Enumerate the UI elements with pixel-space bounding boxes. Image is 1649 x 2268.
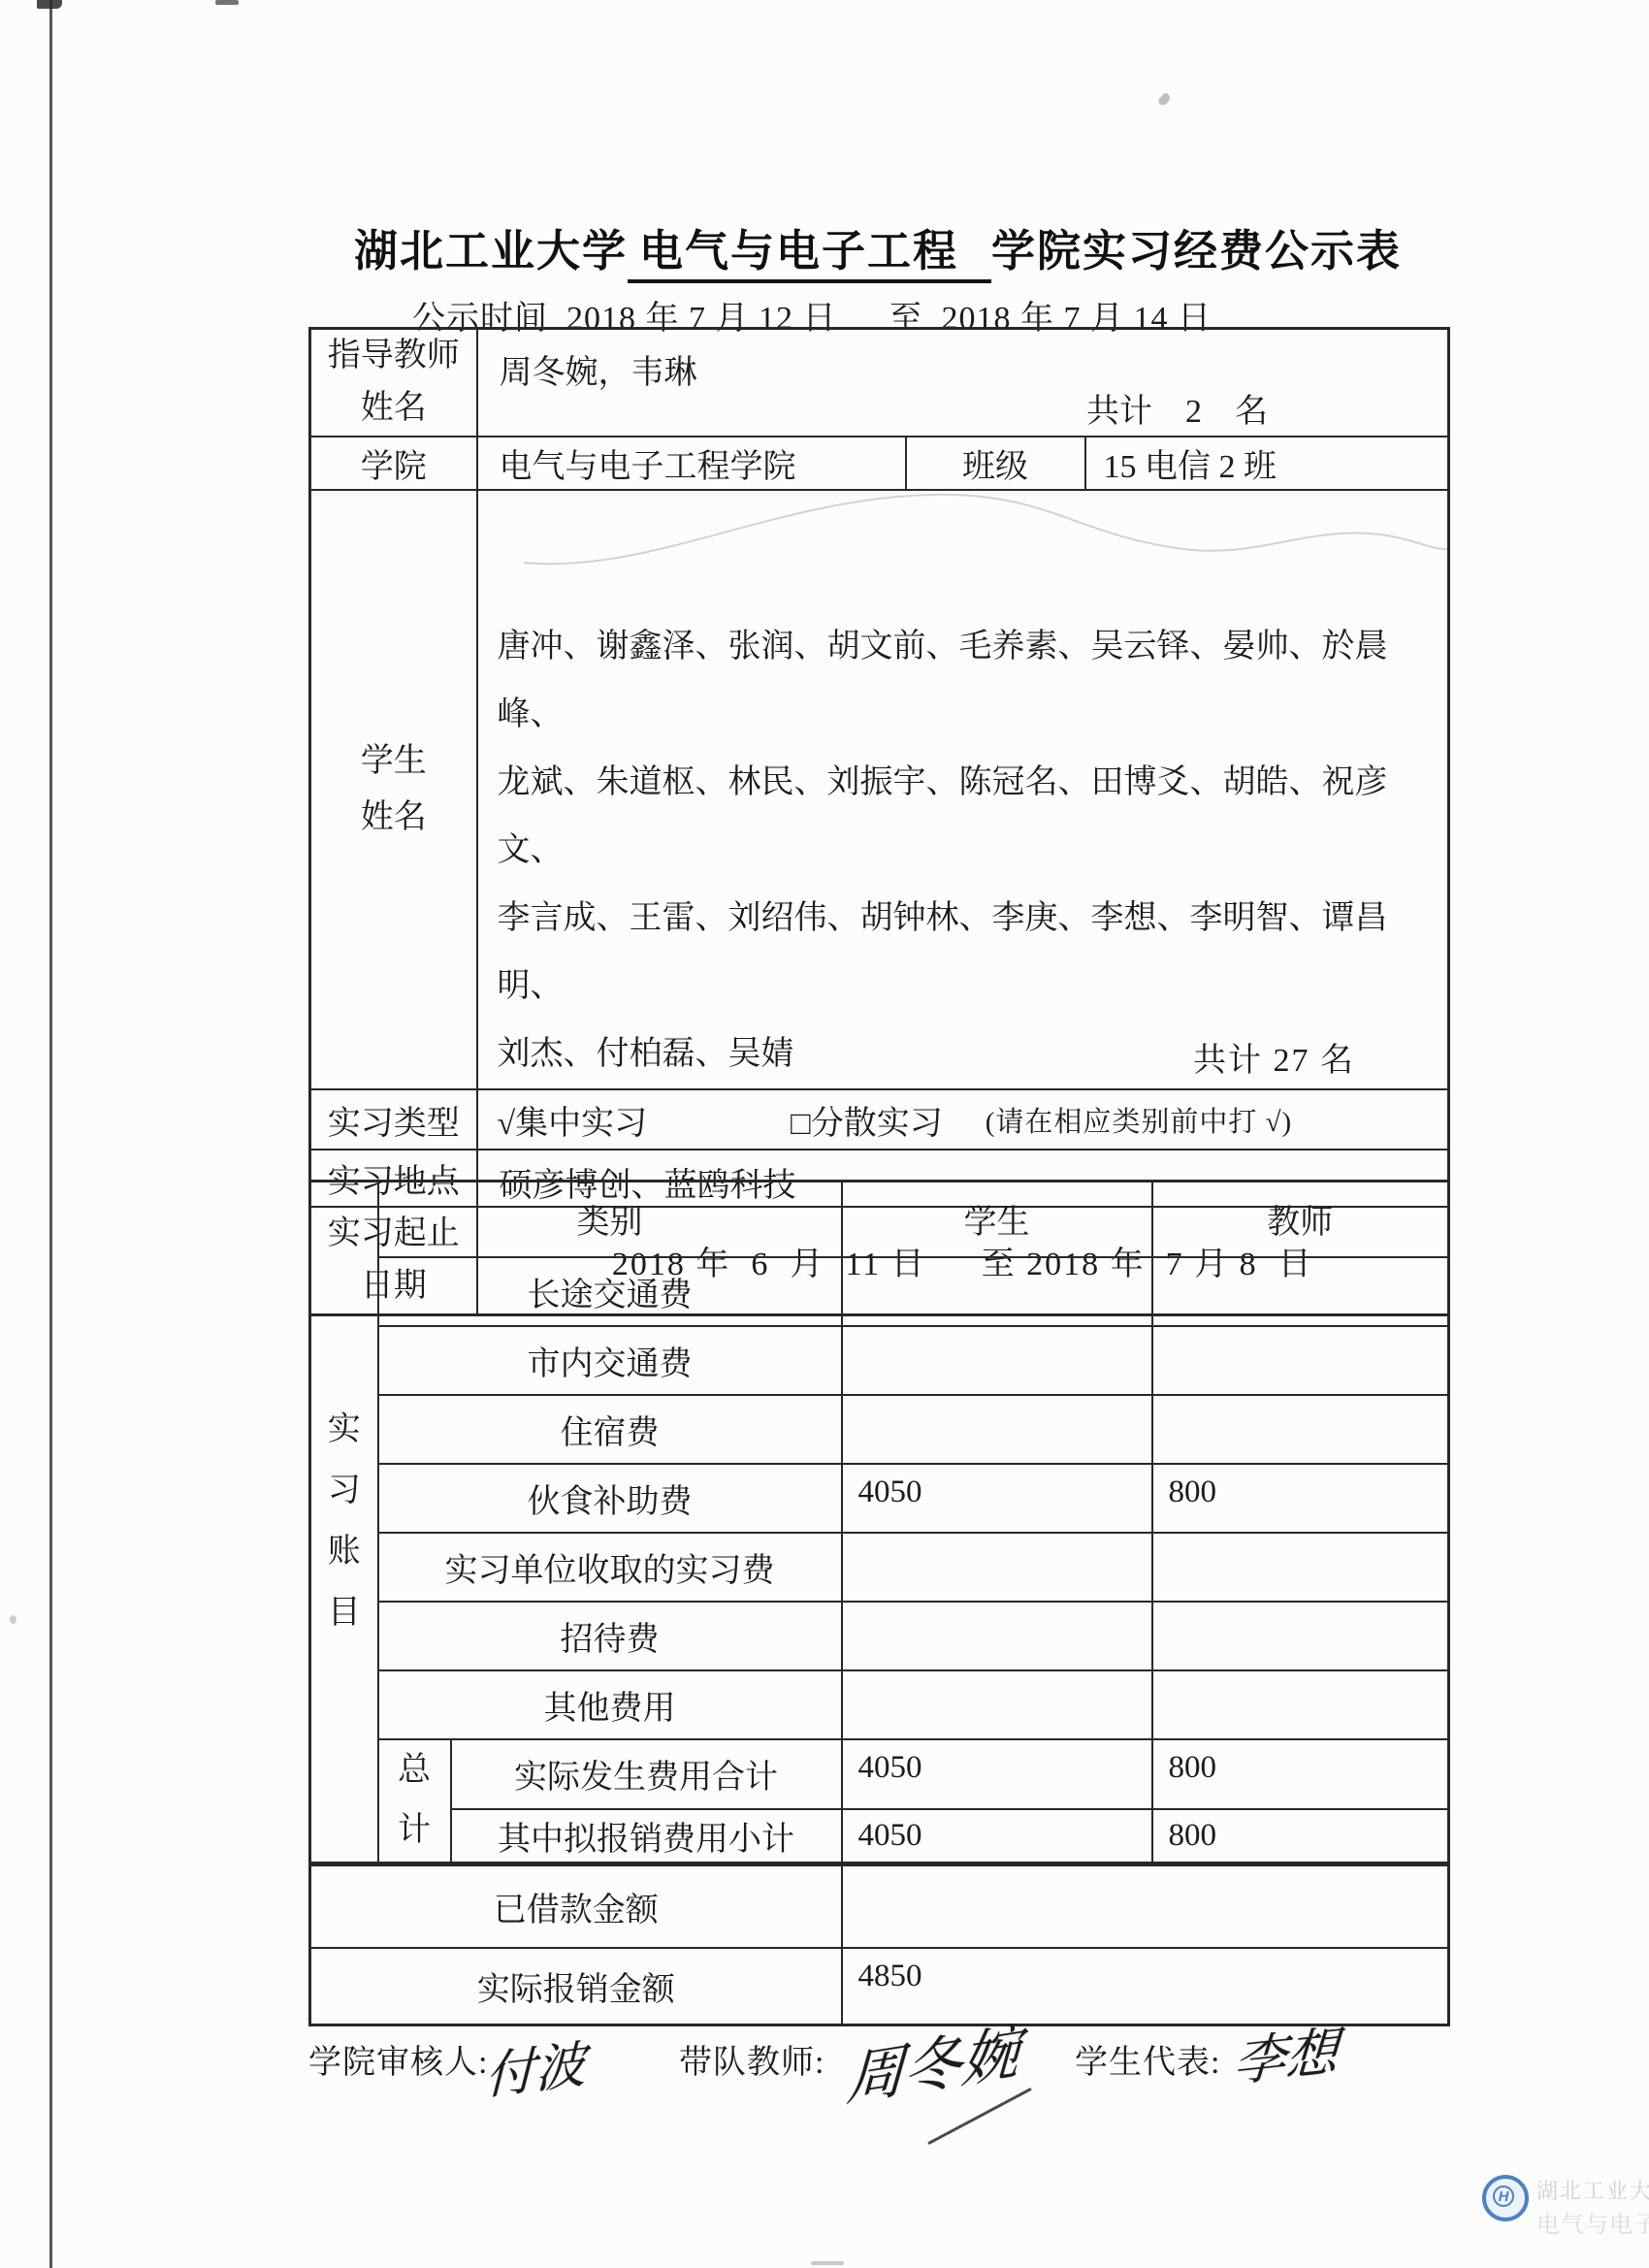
students-count: 共计 27 名: [1193, 1033, 1355, 1081]
expense-label: 招待费: [378, 1602, 842, 1670]
instructor-count: 共计 2 名: [1086, 384, 1268, 432]
expense-teacher-value: [1152, 1670, 1449, 1739]
type-options: √集中实习 □分散实习 (请在相应类别前中打 √): [478, 1096, 1448, 1144]
summary-table: 已借款金额 实际报销金额 4850: [308, 1863, 1450, 2026]
total-row-label: 实际发生费用合计: [451, 1739, 842, 1809]
lead-teacher-label: 带队教师:: [679, 2035, 824, 2083]
students-names: 唐冲、谢鑫泽、张润、胡文前、毛养素、吴云铎、晏帅、於晨峰、 龙斌、朱道枢、林民、…: [478, 491, 1448, 1088]
expense-label: 伙食补助费: [378, 1464, 842, 1533]
account-section-cell: 实习账目: [310, 1182, 378, 1863]
expense-teacher-value: [1152, 1326, 1449, 1395]
students-label: 学生姓名: [356, 733, 432, 846]
info-table: 指导教师姓名 周冬婉，韦琳 共计 2 名 学院 电气与电子工程学院 班级 15 …: [308, 327, 1450, 1316]
school-value: 电气与电子工程学院: [477, 437, 906, 490]
expense-row: 市内交通费: [310, 1326, 1449, 1395]
expense-teacher-value: [1152, 1533, 1449, 1602]
expense-row: 招待费: [310, 1602, 1449, 1670]
watermark-university: 湖北工业大学: [1536, 2175, 1649, 2205]
reimbursed-row: 实际报销金额 4850: [310, 1948, 1449, 2025]
expense-teacher-value: [1152, 1257, 1449, 1326]
instructor-label: 指导教师姓名: [318, 330, 469, 436]
total-row: 其中拟报销费用小计 4050 800: [310, 1809, 1449, 1863]
total-student-value: 4050: [842, 1739, 1152, 1809]
expense-label: 住宿费: [378, 1395, 842, 1464]
instructor-value: 周冬婉，韦琳: [478, 345, 1449, 393]
account-table: 实习账目 类别 学生 教师 长途交通费 市内交通费 住宿费 伙食补助费 4050…: [308, 1180, 1450, 1864]
instructor-row: 指导教师姓名 周冬婉，韦琳 共计 2 名: [310, 329, 1449, 437]
reimbursed-value: 4850: [842, 1948, 1449, 2025]
students-row: 学生姓名 唐冲、谢鑫泽、张润、胡文前、毛养素、吴云铎、晏帅、於晨峰、 龙斌、朱道…: [310, 490, 1449, 1089]
expense-student-value: [842, 1670, 1152, 1739]
university-logo-icon: H: [1482, 2175, 1529, 2221]
expense-student-value: 4050: [842, 1464, 1152, 1533]
total-student-value: 4050: [842, 1809, 1152, 1863]
internship-type-row: 实习类型 √集中实习 □分散实习 (请在相应类别前中打 √): [310, 1089, 1449, 1150]
expense-label: 实习单位收取的实习费: [378, 1533, 842, 1602]
logo-letter: H: [1493, 2186, 1514, 2207]
expense-row: 住宿费: [310, 1395, 1449, 1464]
total-label-cell: 总计: [378, 1739, 451, 1863]
checkbox-icon: □: [791, 1106, 811, 1142]
title-department-underlined: 电气与电子工程: [628, 226, 991, 283]
student-rep-signature: 李想: [1232, 2010, 1342, 2096]
expense-student-value: [842, 1602, 1152, 1670]
students-label-cell: 学生姓名: [310, 490, 477, 1089]
school-label: 学院: [310, 437, 477, 490]
borrowed-row: 已借款金额: [310, 1865, 1449, 1948]
scan-artifact: [811, 2261, 844, 2265]
expense-row: 其他费用: [310, 1670, 1449, 1739]
students-line: 李言成、王雷、刘绍伟、胡钟林、李庚、李想、李明智、谭昌明、: [498, 885, 1419, 1021]
total-row: 总计 实际发生费用合计 4050 800: [310, 1739, 1449, 1809]
instructor-label-cell: 指导教师姓名: [310, 329, 477, 437]
title-suffix: 学院实习经费公示表: [991, 226, 1402, 275]
total-teacher-value: 800: [1152, 1739, 1449, 1809]
total-teacher-value: 800: [1152, 1809, 1449, 1863]
expense-label: 市内交通费: [378, 1326, 842, 1395]
instructor-value-cell: 周冬婉，韦琳 共计 2 名: [477, 329, 1449, 437]
type-label: 实习类型: [310, 1089, 477, 1150]
title-prefix: 湖北工业大学: [354, 226, 628, 275]
reviewer-signature: 付波: [485, 2023, 587, 2108]
student-rep-label: 学生代表:: [1075, 2035, 1220, 2083]
account-section-label: 实习账目: [325, 1400, 363, 1644]
expense-teacher-value: 800: [1152, 1464, 1449, 1533]
type-note: (请在相应类别前中打 √): [986, 1100, 1292, 1140]
expense-label: 长途交通费: [378, 1257, 842, 1326]
scan-artifact: [10, 1615, 16, 1624]
header-student: 学生: [842, 1182, 1152, 1257]
check-icon: √: [498, 1106, 516, 1142]
expense-student-value: [842, 1326, 1152, 1395]
class-value: 15 电信 2 班: [1085, 437, 1449, 490]
total-label: 总计: [395, 1740, 433, 1863]
borrowed-value: [842, 1865, 1449, 1948]
header-teacher: 教师: [1152, 1182, 1449, 1257]
expense-student-value: [842, 1257, 1152, 1326]
expense-row: 实习单位收取的实习费: [310, 1533, 1449, 1602]
scan-corner-mark: [37, 0, 62, 9]
document-page: 湖北工业大学电气与电子工程学院实习经费公示表 公示时间 2018 年 7 月 1…: [0, 0, 1649, 2268]
class-label: 班级: [906, 437, 1085, 490]
reviewer-label: 学院审核人:: [308, 2035, 488, 2083]
students-value-cell: 唐冲、谢鑫泽、张润、胡文前、毛养素、吴云铎、晏帅、於晨峰、 龙斌、朱道枢、林民、…: [477, 490, 1449, 1089]
borrowed-label: 已借款金额: [310, 1865, 842, 1948]
scan-artifact: [1157, 92, 1172, 108]
expense-teacher-value: [1152, 1602, 1449, 1670]
expense-student-value: [842, 1395, 1152, 1464]
type-option-dispersed: □分散实习: [791, 1096, 943, 1144]
expense-row: 伙食补助费 4050 800: [310, 1464, 1449, 1533]
account-header-row: 实习账目 类别 学生 教师: [310, 1182, 1449, 1257]
header-category: 类别: [378, 1182, 842, 1257]
expense-label: 其他费用: [378, 1670, 842, 1739]
expense-row: 长途交通费: [310, 1257, 1449, 1326]
expense-teacher-value: [1152, 1395, 1449, 1464]
type-option-concentrated: √集中实习: [498, 1096, 648, 1144]
university-watermark: H 湖北工业大学 电气与电子工程学院: [1482, 2175, 1649, 2239]
type-option2-label: 分散实习: [811, 1106, 943, 1142]
watermark-school: 电气与电子工程学院: [1536, 2205, 1649, 2239]
type-value-cell: √集中实习 □分散实习 (请在相应类别前中打 √): [477, 1089, 1449, 1150]
school-row: 学院 电气与电子工程学院 班级 15 电信 2 班: [310, 437, 1449, 490]
reimbursed-label: 实际报销金额: [310, 1948, 842, 2025]
total-row-label: 其中拟报销费用小计: [451, 1809, 842, 1863]
scan-edge-line: [49, 0, 52, 2268]
form-title: 湖北工业大学电气与电子工程学院实习经费公示表: [308, 215, 1447, 278]
students-line: 龙斌、朱道枢、林民、刘振宇、陈冠名、田博爻、胡皓、祝彦文、: [498, 749, 1419, 885]
students-line: 唐冲、谢鑫泽、张润、胡文前、毛养素、吴云铎、晏帅、於晨峰、: [498, 613, 1419, 749]
type-option1-label: 集中实习: [515, 1106, 647, 1142]
expense-student-value: [842, 1533, 1152, 1602]
watermark-text: 湖北工业大学 电气与电子工程学院: [1536, 2175, 1649, 2239]
scan-artifact: [215, 0, 239, 5]
